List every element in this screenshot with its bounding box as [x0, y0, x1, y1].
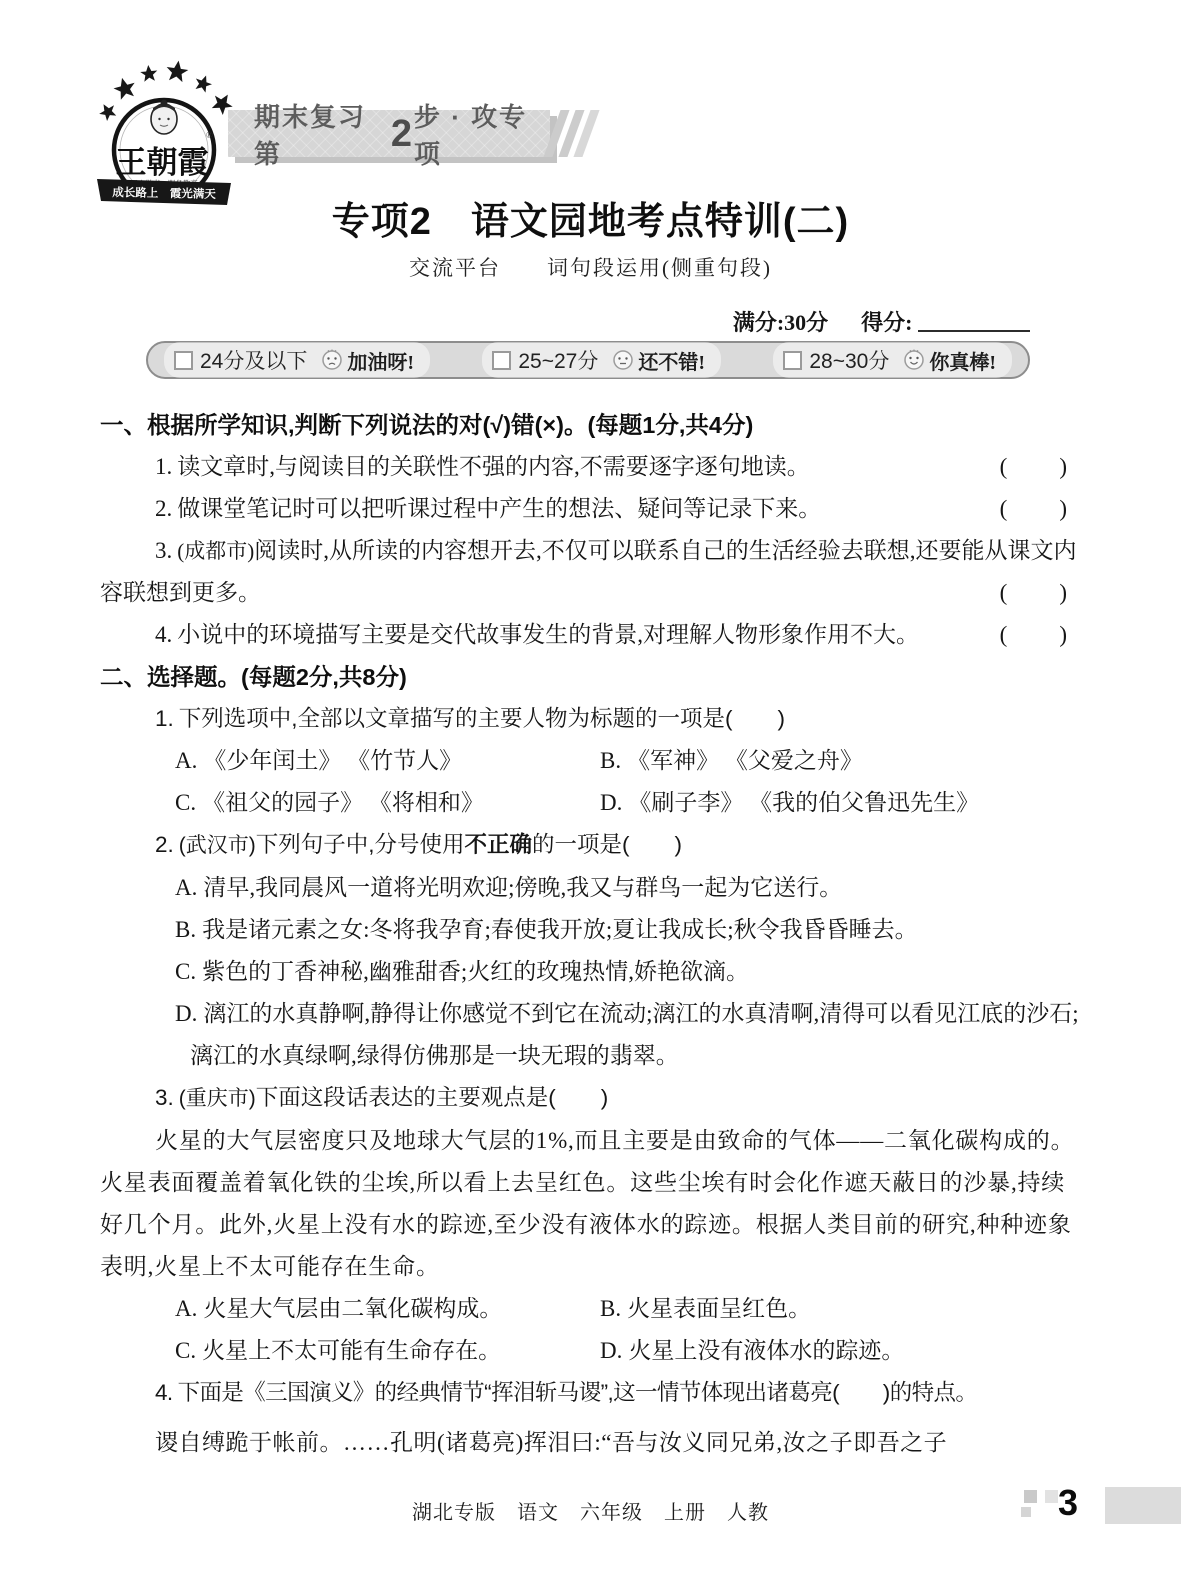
city-tag: (武汉市): [179, 834, 256, 857]
item-number: 2.: [155, 496, 172, 521]
question-number: 3.: [155, 1085, 174, 1110]
section-two-heading: 二、选择题。(每题2分,共8分): [100, 656, 1081, 698]
registered-mark: ®: [206, 130, 213, 140]
question-2-option-D: D.漓江的水真静啊,静得让你感觉不到它在流动;漓江的水真清啊,清得可以看见江底的…: [100, 993, 1081, 1077]
option-C: C.《祖父的园子》 《将相和》: [100, 782, 600, 824]
stem-text-post: 的一项是( ): [532, 832, 682, 857]
banner-text-pre: 期末复习第: [254, 97, 389, 171]
question-4-quote: 谡自缚跪于帐前。……孔明(诸葛亮)挥泪曰:“吾与汝义同兄弟,汝之子即吾之子: [100, 1422, 1081, 1464]
page-number-block: [1105, 1487, 1181, 1524]
stem-text: 下面是《三国演义》的经典情节“挥泪斩马谡”,这一情节体现出诸葛亮( )的特点。: [178, 1380, 978, 1405]
judge-item-4: 4.小说中的环境描写主要是交代故事发生的背景,对理解人物形象作用不大。 ( ): [100, 614, 1081, 656]
worried-face-icon: [321, 349, 343, 371]
ok-face-icon: [612, 349, 634, 371]
question-number: 2.: [155, 832, 174, 857]
page-number: 3: [1058, 1482, 1078, 1524]
question-2-option-C: C.紫色的丁香神秘,幽雅甜香;火红的玫瑰热情,娇艳欲滴。: [100, 951, 1081, 993]
answer-bracket[interactable]: ( ): [1000, 488, 1069, 530]
question-4-stem: 4.下面是《三国演义》的经典情节“挥泪斩马谡”,这一情节体现出诸葛亮( )的特点…: [100, 1372, 1081, 1414]
banner-text-post: 步 · 攻专项: [414, 97, 550, 171]
question-3-passage: 火星的大气层密度只及地球大气层的1%,而且主要是由致命的气体——二氧化碳构成的。…: [100, 1120, 1081, 1288]
score-tier-range: 24分及以下: [200, 345, 307, 375]
brand-logo: 王朝霞 ® 用心做书 服务教育 成长路上 霞光满天: [90, 58, 240, 208]
stem-text: 下列选项中,全部以文章描写的主要人物为标题的一项是( ): [179, 706, 785, 731]
option-D: D.火星上没有液体水的踪迹。: [600, 1330, 904, 1372]
judge-item-1: 1.读文章时,与阅读目的关联性不强的内容,不需要逐字逐句地读。 ( ): [100, 446, 1081, 488]
judge-item-2: 2.做课堂笔记时可以把听课过程中产生的想法、疑问等记录下来。 ( ): [100, 488, 1081, 530]
question-3-options-row-2: C.火星上不太可能有生命存在。 D.火星上没有液体水的踪迹。: [100, 1330, 1081, 1372]
score-tier-range: 28~30分: [809, 345, 889, 375]
score-tier-range: 25~27分: [518, 345, 598, 375]
item-number: 1.: [155, 454, 172, 479]
score-tier-comment: 加油呀!: [347, 346, 414, 375]
score-tier-checkbox[interactable]: [174, 351, 193, 370]
city-tag: (重庆市): [179, 1087, 256, 1110]
option-A: A.火星大气层由二氧化碳构成。: [100, 1288, 600, 1330]
option-B: B.火星表面呈红色。: [600, 1288, 811, 1330]
question-2-stem: 2.(武汉市)下列句子中,分号使用不正确的一项是( ): [100, 824, 1081, 867]
corner-square: [1045, 1490, 1058, 1503]
score-tier-comment: 还不错!: [638, 346, 705, 375]
score-tier-comment: 你真棒!: [929, 346, 996, 375]
happy-face-icon: [903, 349, 925, 371]
exam-body: 一、根据所学知识,判断下列说法的对(√)错(×)。(每题1分,共4分) 1.读文…: [100, 404, 1081, 1464]
page-title: 专项2 语文园地考点特训(二): [0, 190, 1181, 245]
score-label: 得分:: [861, 310, 912, 335]
score-line: 满分:30分 得分:: [733, 306, 1030, 337]
score-tier-high: 28~30分 你真棒!: [773, 342, 1012, 378]
corner-square: [1021, 1507, 1031, 1517]
score-tier-checkbox[interactable]: [783, 351, 802, 370]
option-B: B.《军神》 《父爱之舟》: [600, 740, 863, 782]
brand-name: 王朝霞: [116, 145, 209, 180]
score-tier-mid: 25~27分 还不错!: [482, 342, 721, 378]
question-number: 1.: [155, 706, 174, 731]
option-D: D.《刷子李》 《我的伯父鲁迅先生》: [600, 782, 979, 824]
city-tag: (成都市): [177, 539, 254, 563]
score-tier-low: 24分及以下 加油呀!: [164, 342, 430, 378]
item-text: 做课堂笔记时可以把听课过程中产生的想法、疑问等记录下来。: [177, 496, 821, 521]
section-one-heading: 一、根据所学知识,判断下列说法的对(√)错(×)。(每题1分,共4分): [100, 404, 1081, 446]
header-banner: 期末复习第 2 步 · 攻专项: [228, 110, 550, 157]
option-C: C.火星上不太可能有生命存在。: [100, 1330, 600, 1372]
banner-slashes-icon: [552, 110, 598, 157]
item-number: 4.: [155, 622, 172, 647]
judge-item-3: 3.(成都市)阅读时,从所读的内容想开去,不仅可以联系自己的生活经验去联想,还要…: [100, 530, 1081, 614]
stem-text: 下面这段话表达的主要观点是( ): [256, 1085, 609, 1110]
option-A: A.《少年闰土》 《竹节人》: [100, 740, 600, 782]
score-input-blank[interactable]: [918, 310, 1030, 332]
question-1-stem: 1.下列选项中,全部以文章描写的主要人物为标题的一项是( ): [100, 698, 1081, 740]
question-number: 4.: [155, 1380, 173, 1405]
item-number: 3.: [155, 538, 172, 563]
question-1-options-row-1: A.《少年闰土》 《竹节人》 B.《军神》 《父爱之舟》: [100, 740, 1081, 782]
score-tier-checkbox[interactable]: [492, 351, 511, 370]
stem-text-pre: 下列句子中,分号使用: [256, 832, 465, 857]
item-text: 读文章时,与阅读目的关联性不强的内容,不需要逐字逐句地读。: [177, 454, 810, 479]
question-1-options-row-2: C.《祖父的园子》 《将相和》 D.《刷子李》 《我的伯父鲁迅先生》: [100, 782, 1081, 824]
question-2-option-A: A.清早,我同晨风一道将光明欢迎;傍晚,我又与群鸟一起为它送行。: [100, 867, 1081, 909]
banner-step-number: 2: [391, 115, 412, 153]
answer-bracket[interactable]: ( ): [1000, 446, 1069, 488]
stem-text-bold: 不正确: [465, 832, 533, 857]
answer-bracket[interactable]: ( ): [1000, 614, 1069, 656]
wangzhaoxia-logo-icon: 王朝霞 ® 用心做书 服务教育 成长路上 霞光满天: [90, 58, 240, 208]
score-legend-bar: 24分及以下 加油呀! 25~27分 还不错! 28~30分 你真棒!: [146, 341, 1030, 379]
corner-square: [1024, 1490, 1037, 1503]
question-3-stem: 3.(重庆市)下面这段话表达的主要观点是( ): [100, 1077, 1081, 1120]
question-3-options-row-1: A.火星大气层由二氧化碳构成。 B.火星表面呈红色。: [100, 1288, 1081, 1330]
question-2-option-B: B.我是诸元素之女:冬将我孕育;春使我开放;夏让我成长;秋令我昏昏睡去。: [100, 909, 1081, 951]
item-text: 小说中的环境描写主要是交代故事发生的背景,对理解人物形象作用不大。: [177, 622, 919, 647]
page-subtitle: 交流平台 词句段运用(侧重句段): [0, 252, 1181, 282]
answer-bracket[interactable]: ( ): [1000, 572, 1069, 614]
footer-meta: 湖北专版 语文 六年级 上册 人教: [0, 1496, 1181, 1525]
full-score-label: 满分:30分: [733, 310, 828, 335]
